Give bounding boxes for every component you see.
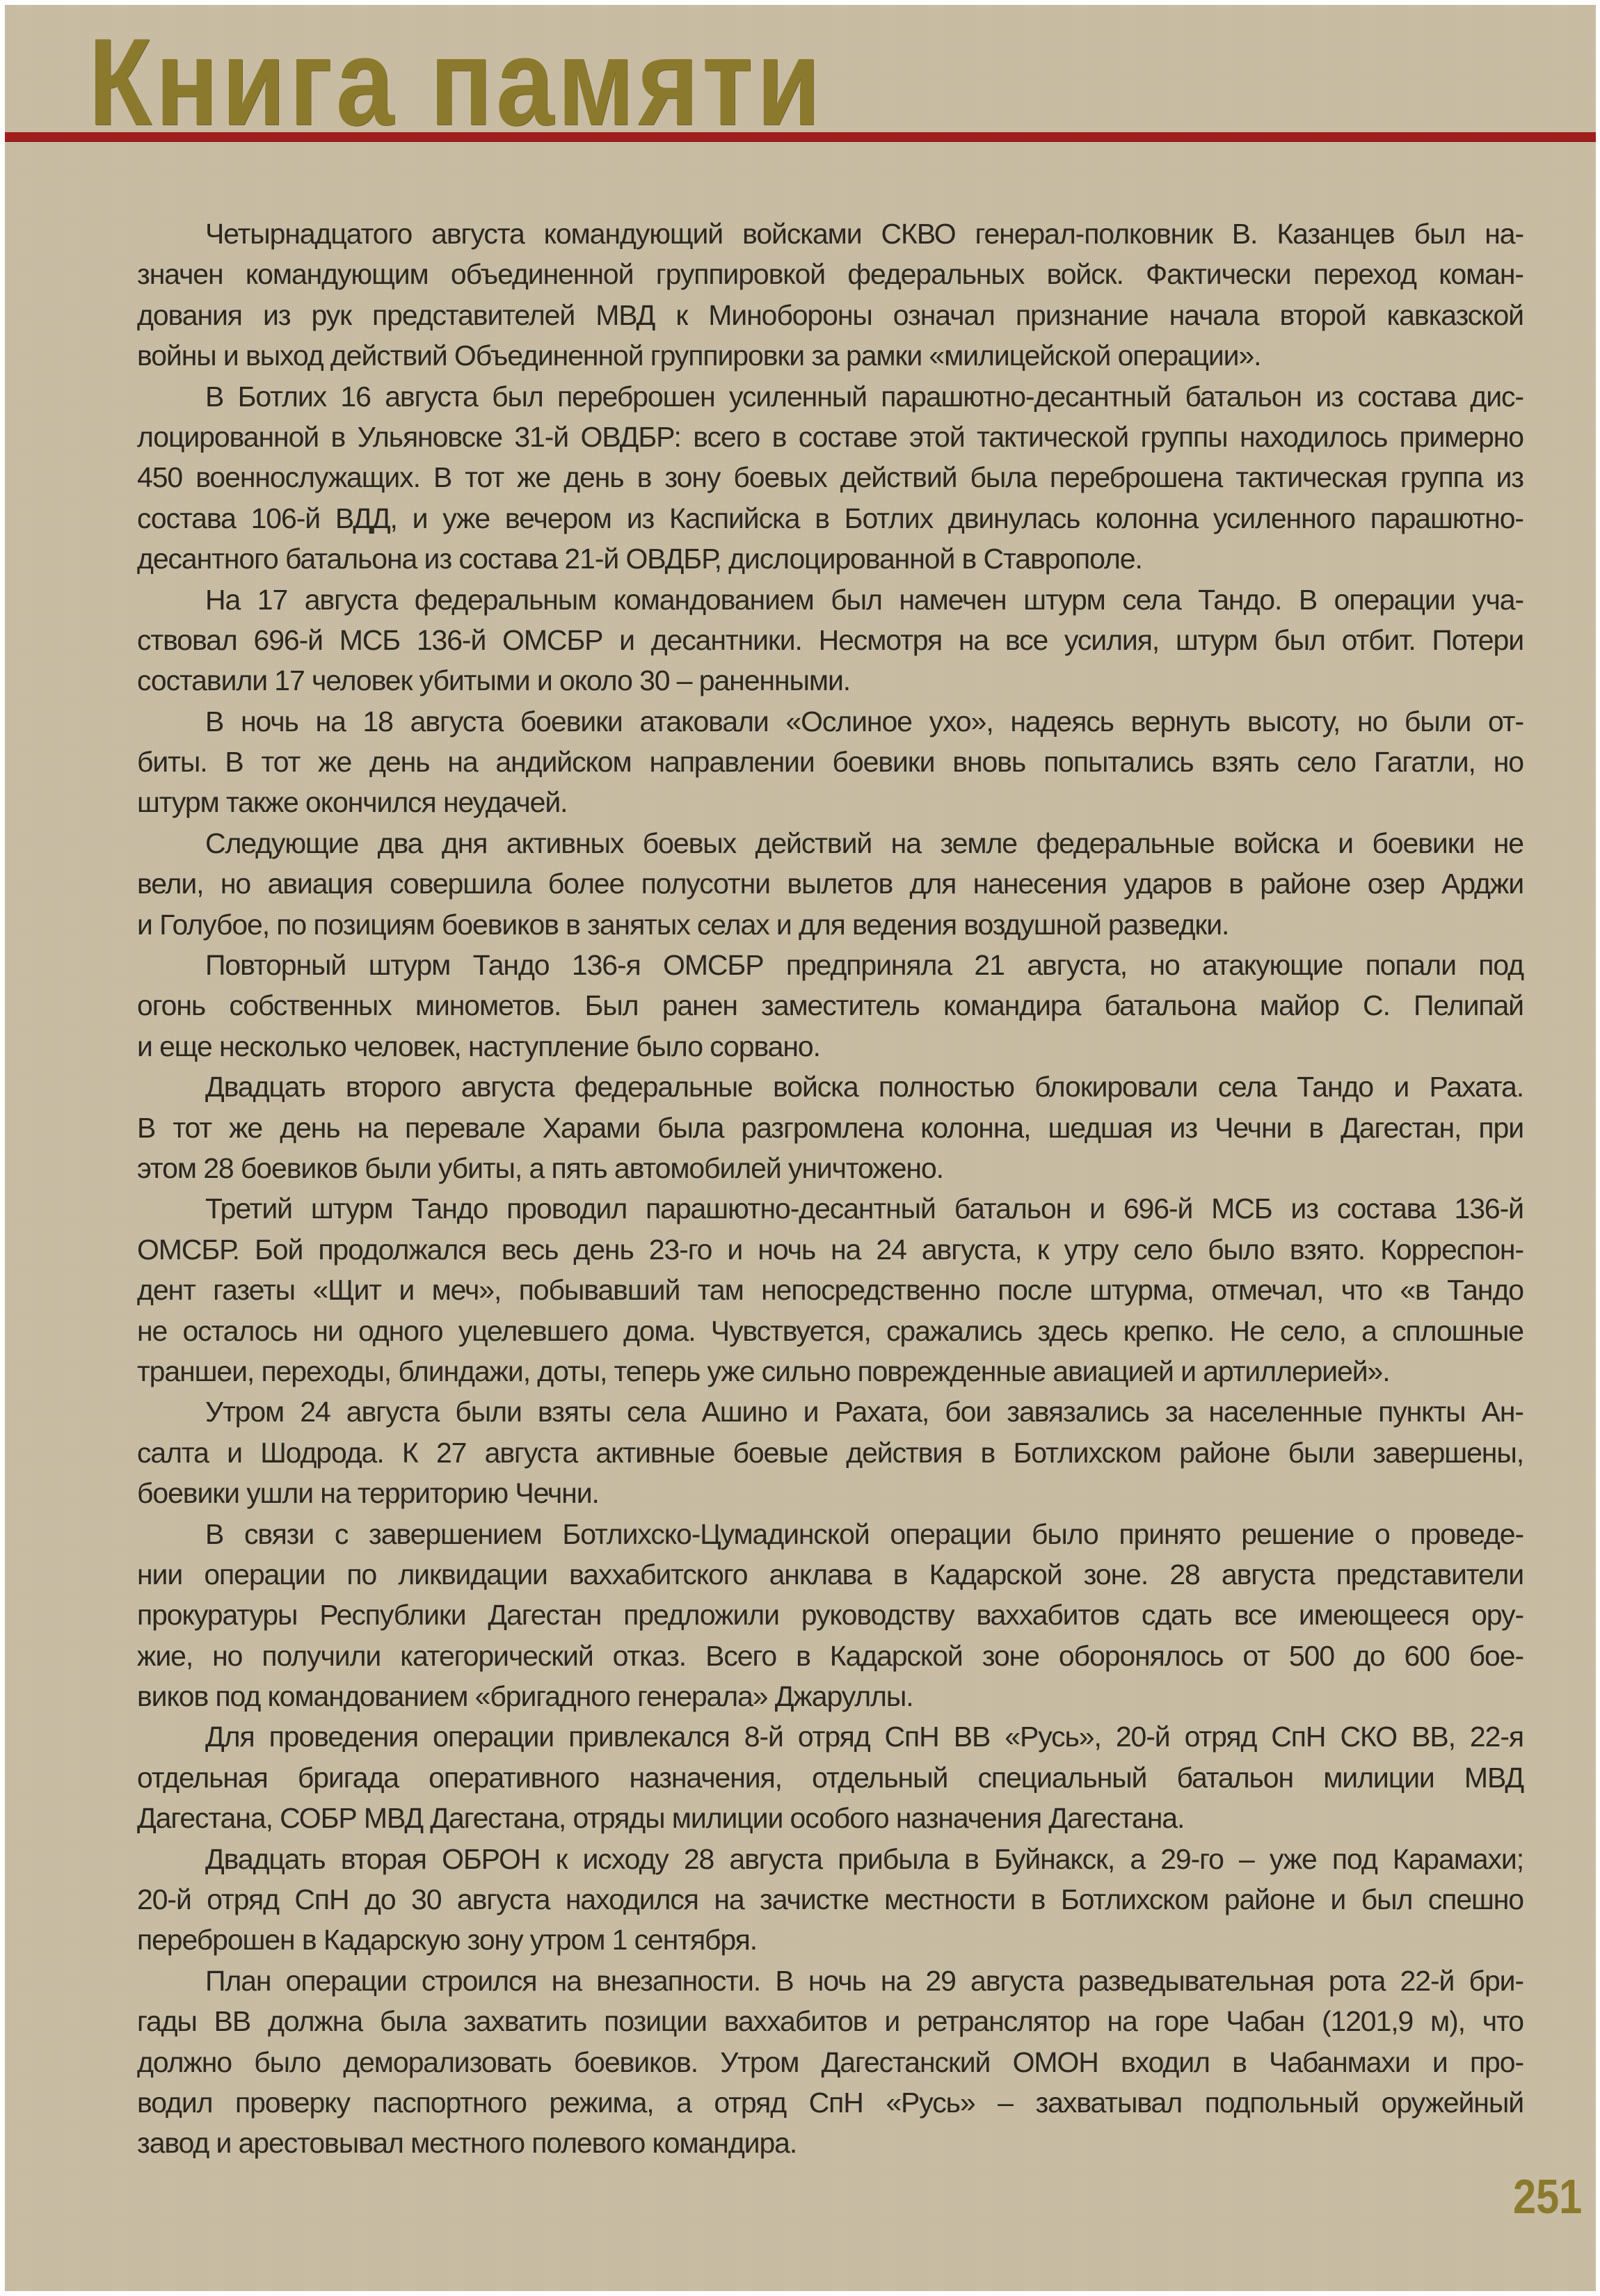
text-line: Двадцать вторая ОБРОН к исходу 28 август…	[137, 1839, 1523, 1879]
text-line: В Ботлих 16 августа был переброшен усиле…	[137, 376, 1523, 417]
text-line: и Голубое, по позициям боевиков в заняты…	[137, 904, 1523, 945]
text-line: должно было деморализовать боевиков. Утр…	[137, 2042, 1523, 2082]
text-line: этом 28 боевиков были убиты, а пять авто…	[137, 1148, 1523, 1188]
header-divider	[5, 132, 1596, 142]
text-line: Для проведения операции привлекался 8-й …	[137, 1716, 1523, 1757]
text-line: План операции строился на внезапности. В…	[137, 1961, 1523, 2001]
text-line: значен командующим объединенной группиро…	[137, 254, 1523, 294]
text-line: Четырнадцатого августа командующий войск…	[137, 214, 1523, 254]
text-line: водил проверку паспортного режима, а отр…	[137, 2082, 1523, 2123]
text-line: жие, но получили категорический отказ. В…	[137, 1636, 1523, 1676]
paragraph: Следующие два дня активных боевых действ…	[137, 823, 1523, 945]
text-line: биты. В тот же день на андийском направл…	[137, 742, 1523, 782]
text-line: вели, но авиация совершила более полусот…	[137, 863, 1523, 904]
text-line: переброшен в Кадарскую зону утром 1 сент…	[137, 1920, 1523, 1960]
text-line: штурм также окончился неудачей.	[137, 782, 1523, 822]
text-line: отдельная бригада оперативного назначени…	[137, 1757, 1523, 1798]
paragraph: На 17 августа федеральным командованием …	[137, 580, 1523, 701]
text-line: Двадцать второго августа федеральные вой…	[137, 1067, 1523, 1107]
text-line: ствовал 696-й МСБ 136-й ОМСБР и десантни…	[137, 620, 1523, 660]
book-page: Книга памяти Четырнадцатого августа кома…	[5, 5, 1596, 2291]
text-line: боевики ушли на территорию Чечни.	[137, 1473, 1523, 1513]
page-number: 251	[1513, 2172, 1582, 2221]
text-line: В тот же день на перевале Харами была ра…	[137, 1108, 1523, 1148]
text-line: Третий штурм Тандо проводил парашютно-де…	[137, 1188, 1523, 1229]
text-line: огонь собственных минометов. Был ранен з…	[137, 985, 1523, 1026]
text-line: В связи с завершением Ботлихско-Цумадинс…	[137, 1514, 1523, 1554]
text-line: и еще несколько человек, наступление был…	[137, 1026, 1523, 1067]
paragraph: Утром 24 августа были взяты села Ашино и…	[137, 1392, 1523, 1513]
paragraph: Четырнадцатого августа командующий войск…	[137, 214, 1523, 376]
text-line: траншеи, переходы, блиндажи, доты, тепер…	[137, 1351, 1523, 1392]
paragraph: В связи с завершением Ботлихско-Цумадинс…	[137, 1514, 1523, 1717]
text-line: десантного батальона из состава 21-й ОВД…	[137, 539, 1523, 579]
text-line: войны и выход действий Объединенной груп…	[137, 335, 1523, 376]
paragraph: В ночь на 18 августа боевики атаковали «…	[137, 701, 1523, 823]
text-line: Утром 24 августа были взяты села Ашино и…	[137, 1392, 1523, 1432]
text-line: Следующие два дня активных боевых действ…	[137, 823, 1523, 863]
paragraph: Третий штурм Тандо проводил парашютно-де…	[137, 1188, 1523, 1392]
text-line: Дагестана, СОБР МВД Дагестана, отряды ми…	[137, 1798, 1523, 1838]
text-line: виков под командованием «бригадного гене…	[137, 1676, 1523, 1716]
text-line: салта и Шодрода. К 27 августа активные б…	[137, 1433, 1523, 1473]
text-line: дования из рук представителей МВД к Мино…	[137, 295, 1523, 335]
text-line: прокуратуры Республики Дагестан предложи…	[137, 1595, 1523, 1635]
text-line: составили 17 человек убитыми и около 30 …	[137, 660, 1523, 701]
text-line: нии операции по ликвидации ваххабитского…	[137, 1554, 1523, 1595]
text-line: 20-й отряд СпН до 30 августа находился н…	[137, 1879, 1523, 1920]
text-line: Повторный штурм Тандо 136-я ОМСБР предпр…	[137, 945, 1523, 985]
paragraph: План операции строился на внезапности. В…	[137, 1961, 1523, 2164]
paragraph: В Ботлих 16 августа был переброшен усиле…	[137, 376, 1523, 580]
page-header-title: Книга памяти	[88, 20, 824, 144]
text-line: лоцированной в Ульяновске 31-й ОВДБР: вс…	[137, 417, 1523, 457]
text-line: 450 военнослужащих. В тот же день в зону…	[137, 457, 1523, 497]
text-line: состава 106-й ВДД, и уже вечером из Касп…	[137, 498, 1523, 539]
text-line: В ночь на 18 августа боевики атаковали «…	[137, 701, 1523, 742]
text-line: дент газеты «Щит и меч», побывавший там …	[137, 1270, 1523, 1310]
text-line: гады ВВ должна была захватить позиции ва…	[137, 2001, 1523, 2041]
text-line: ОМСБР. Бой продолжался весь день 23-го и…	[137, 1229, 1523, 1270]
text-line: завод и арестовывал местного полевого ко…	[137, 2123, 1523, 2163]
text-line: На 17 августа федеральным командованием …	[137, 580, 1523, 620]
body-text: Четырнадцатого августа командующий войск…	[137, 214, 1523, 2164]
paragraph: Повторный штурм Тандо 136-я ОМСБР предпр…	[137, 945, 1523, 1067]
paragraph: Для проведения операции привлекался 8-й …	[137, 1716, 1523, 1838]
paragraph: Двадцать вторая ОБРОН к исходу 28 август…	[137, 1839, 1523, 1961]
paragraph: Двадцать второго августа федеральные вой…	[137, 1067, 1523, 1188]
text-line: не осталось ни одного уцелевшего дома. Ч…	[137, 1311, 1523, 1351]
